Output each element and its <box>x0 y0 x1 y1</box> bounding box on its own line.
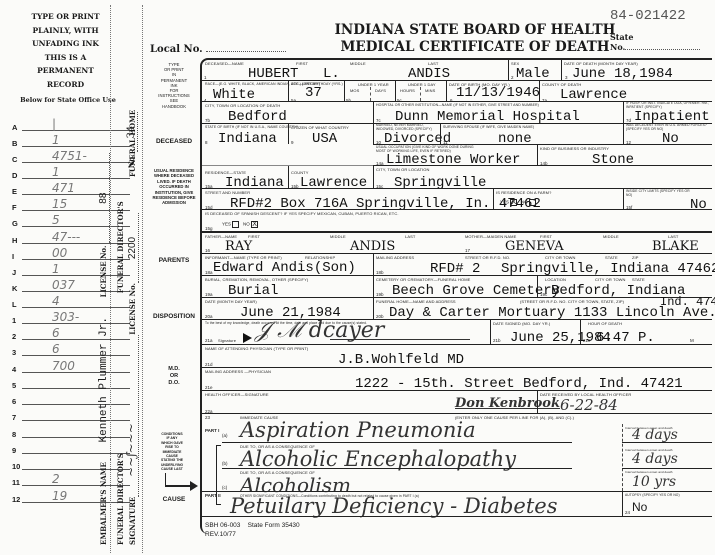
state-office-item[interactable]: 5 <box>12 378 130 390</box>
birth-state: Indiana <box>218 131 277 147</box>
state-office-item[interactable]: D1 <box>12 168 130 180</box>
item-key: 1 <box>12 316 16 325</box>
informant-name: Edward Andis(Son) <box>213 260 356 276</box>
father-last: ANDIS <box>350 239 395 254</box>
divider <box>110 5 111 553</box>
fd-column: FUNERAL DIRECTOR'SFUNERAL DIRECTOR'S SIG… <box>116 110 139 545</box>
state-office-item[interactable]: 9 <box>12 443 130 455</box>
section-deceased: DECEASED <box>144 138 204 145</box>
state-office-item[interactable]: E471 <box>12 184 130 196</box>
form-id: SBH 06-003 State Form 35430 <box>205 522 300 529</box>
spanish-checkboxes: YES NO X <box>222 221 258 228</box>
date-received: 6-22-84 <box>560 396 618 414</box>
state-office-item[interactable]: 1219 <box>12 492 130 504</box>
fd-license: 2200 <box>128 213 139 283</box>
item-value: 700 <box>52 359 75 373</box>
item-key: B <box>12 139 17 148</box>
item-value: 2 <box>52 472 60 486</box>
health-officer-signature: Don Kenbrook <box>455 396 560 411</box>
item-key: E <box>12 187 17 196</box>
farm-checkboxes: YES X NO <box>500 199 536 206</box>
farm-yes-checkbox[interactable]: X <box>510 199 517 206</box>
mother-last: BLAKE <box>652 239 699 254</box>
state-office-item[interactable]: 26 <box>12 329 130 341</box>
state-office-item[interactable]: K037 <box>12 281 130 293</box>
state-office-item[interactable]: 10 <box>12 459 130 471</box>
item-key: 5 <box>12 381 16 390</box>
item-key: 10 <box>12 462 20 471</box>
mother-first: GENEVA <box>505 239 564 254</box>
age: 37 <box>305 85 322 101</box>
section-md: M.D.ORD.O. <box>150 366 198 387</box>
interval-a: 4 days <box>632 427 678 443</box>
item-value: 00 <box>52 246 67 260</box>
item-key: L <box>12 300 17 309</box>
state-office-item[interactable]: 8 <box>12 427 130 439</box>
fd-signature: ~~ʃ~~~ <box>126 335 139 497</box>
item-value: 4751- <box>52 149 87 163</box>
item-key: A <box>12 123 17 132</box>
item-key: D <box>12 171 17 180</box>
autopsy: No <box>632 500 647 514</box>
state-office-item[interactable]: A| <box>12 120 130 132</box>
item-key: 11 <box>12 478 20 487</box>
state-no: State No. <box>610 32 700 52</box>
item-value: 19 <box>52 489 67 503</box>
divider <box>142 5 143 553</box>
form-revision: REV.10/77 <box>205 531 236 538</box>
state-office-item[interactable]: B1 <box>12 136 130 148</box>
section-disposition: DISPOSITION <box>144 313 204 320</box>
item-key: H <box>12 236 17 245</box>
item-key: 7 <box>12 413 16 422</box>
farm-no-checkbox[interactable] <box>529 199 536 206</box>
fh-no-column: No. 34 <box>126 112 138 168</box>
item-value: 5 <box>52 213 60 227</box>
item-value: 1 <box>52 165 60 179</box>
other-conditions: Petuilary Deficiency - Diabetes <box>230 494 557 518</box>
item-value: | <box>52 117 56 131</box>
interval-c: 10 yrs <box>632 474 676 490</box>
item-key: 6 <box>12 397 16 406</box>
item-value: 303- <box>52 310 79 324</box>
section-residence: USUAL RESIDENCEWHERE DECEASEDLIVED. IF D… <box>146 168 202 206</box>
item-key: F <box>12 203 17 212</box>
title-line-2: MEDICAL CERTIFICATE OF DEATH <box>310 39 640 56</box>
fh-no: 34 <box>126 112 138 152</box>
item-key: 4 <box>12 365 16 374</box>
item-key: J <box>12 268 16 277</box>
state-office-item[interactable]: 1303- <box>12 313 130 325</box>
inside-city-limits: No <box>690 197 707 213</box>
state-office-item[interactable]: 36 <box>12 345 130 357</box>
item-value: 6 <box>52 326 60 340</box>
state-office-item[interactable]: 6 <box>12 394 130 406</box>
state-office-item[interactable]: 7 <box>12 410 130 422</box>
item-key: 8 <box>12 430 16 439</box>
item-value: 037 <box>52 278 75 292</box>
play-arrow-icon <box>243 333 252 343</box>
item-key: 2 <box>12 332 16 341</box>
state-office-item[interactable]: G5 <box>12 216 130 228</box>
section-cause: CAUSE <box>144 496 204 503</box>
section-parents: PARENTS <box>144 257 204 264</box>
item-key: I <box>12 252 14 261</box>
arrow-icon <box>165 473 166 485</box>
local-no: Local No. <box>150 44 286 55</box>
state-office-item[interactable]: C4751- <box>12 152 130 164</box>
title: INDIANA STATE BOARD OF HEALTH MEDICAL CE… <box>310 22 640 56</box>
state-office-item[interactable]: 4700 <box>12 362 130 374</box>
item-value: 15 <box>52 197 67 211</box>
section-conditions: CONDITIONSIF ANYWHICH GAVERISE TOIMMEDIA… <box>152 432 192 472</box>
certificate-number: 84-021422 <box>610 8 686 24</box>
cause-a: Aspiration Pneumonia <box>240 418 476 442</box>
state-office-item[interactable]: F15 <box>12 200 130 212</box>
state-office-item[interactable]: I00 <box>12 249 130 261</box>
item-value: 4 <box>52 294 60 308</box>
item-value: 471 <box>52 181 75 195</box>
arrow-icon <box>165 485 193 487</box>
father-first: RAY <box>225 239 252 254</box>
item-value: 47--- <box>52 230 80 244</box>
item-value: 6 <box>52 342 60 356</box>
state-office-item[interactable]: L4 <box>12 297 130 309</box>
item-value: 1 <box>52 133 60 147</box>
embalmer-license: 88 <box>98 153 110 243</box>
state-office-item[interactable]: H47--- <box>12 233 130 245</box>
item-value: 1 <box>52 262 60 276</box>
instructions-side: TYPEOR PRINTINPERMANENTINKFORINSTRUCTION… <box>150 62 198 109</box>
spanish-no-checkbox[interactable]: X <box>251 221 258 228</box>
instructions-block: TYPE OR PRINT PLAINLY, WITH UNFADING INK… <box>8 10 123 91</box>
date-of-birth: 11/13/1946 <box>456 85 540 101</box>
interval-b: 4 days <box>632 451 678 467</box>
physician-name: J.B.Wohlfeld MD <box>338 352 464 368</box>
state-office-item[interactable]: 112 <box>12 475 130 487</box>
item-key: G <box>12 219 18 228</box>
state-office-label: Below for State Office Use <box>4 96 132 104</box>
item-key: K <box>12 284 17 293</box>
item-key: C <box>12 155 17 164</box>
item-key: 3 <box>12 348 16 357</box>
citizenship: USA <box>312 131 337 147</box>
item-key: 9 <box>12 446 16 455</box>
spanish-yes-checkbox[interactable] <box>232 221 239 228</box>
state-office-item[interactable]: J1 <box>12 265 130 277</box>
title-line-1: INDIANA STATE BOARD OF HEALTH <box>310 22 640 39</box>
item-key: 12 <box>12 495 20 504</box>
